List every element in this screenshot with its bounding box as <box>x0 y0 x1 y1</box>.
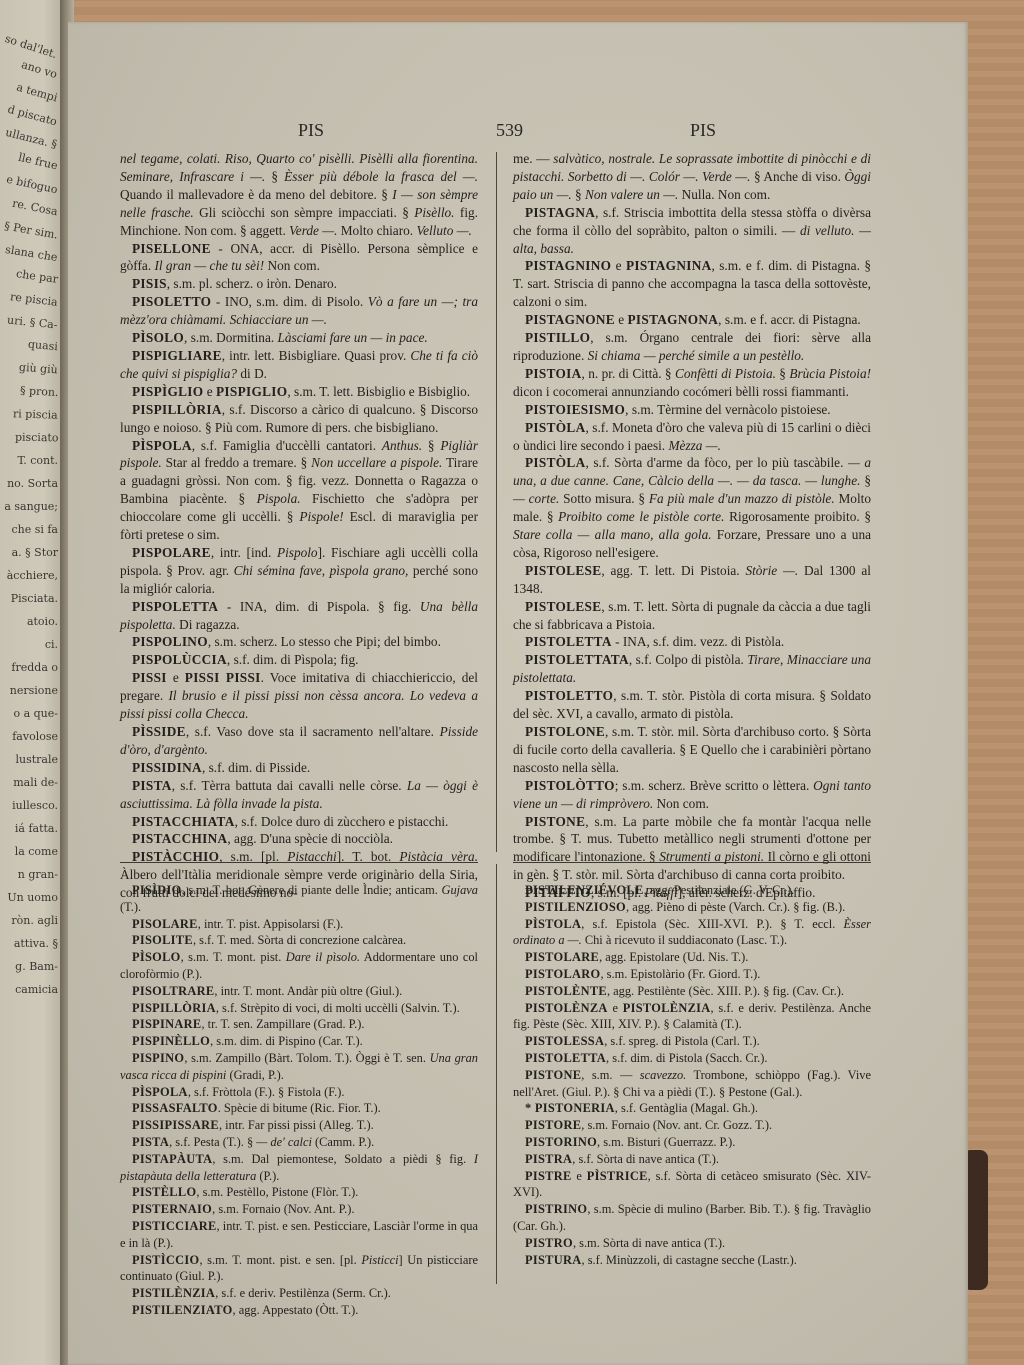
example-text: Strumenti a pistoni. <box>659 849 764 864</box>
headword: PISTOLETTA <box>525 1051 606 1065</box>
headword: PISTOLETTA <box>525 634 612 649</box>
previous-page-text-fragment: camicia <box>15 983 58 996</box>
definition-text: , s.f. Strèpito di voci, di molti uccèll… <box>216 1001 460 1015</box>
headword: PISIS <box>132 276 167 291</box>
dictionary-entry: PISTRE e PÌSTRICE, s.f. Sòrta di cetàceo… <box>513 1168 871 1202</box>
headword: PISSIDINA <box>132 760 202 775</box>
dictionary-entry: PISPOLINO, s.m. scherz. Lo stesso che Pi… <box>120 633 478 651</box>
headword: PISPOLARE <box>132 545 211 560</box>
previous-page-text-fragment: attiva. § <box>14 937 58 950</box>
headword: PISTOIESISMO <box>525 402 625 417</box>
appendix-column-left: PISÌDIO, s.m. T. bot. Gènere di piante d… <box>120 882 478 1319</box>
headword: PISTURA <box>525 1253 582 1267</box>
dictionary-entry: PISTRO, s.m. Sòrta di nave antica (T.). <box>513 1235 871 1252</box>
previous-page-text-fragment: g. Bam- <box>15 960 58 973</box>
definition-text: , s.f. Famiglia d'uccèlli cantatori. <box>192 438 382 453</box>
definition-text: , s.m. Epistolàrio (Fr. Giord. T.). <box>600 967 760 981</box>
dictionary-entry: PISTILLO, s.m. Órgano centrale dei fiori… <box>513 329 871 365</box>
dictionary-entry: me. — salvàtico, nostrale. Le soprassate… <box>513 150 871 204</box>
dictionary-entry: PISTOLETTO, s.m. T. stòr. Pistòla di cor… <box>513 687 871 723</box>
definition-text: , intr. T. mont. Andàr più oltre (Giul.)… <box>214 984 402 998</box>
dictionary-entry: PISTONE, s.m. La parte mòbile che fa mon… <box>513 813 871 885</box>
dictionary-entry: PISTAPÀUTA, s.m. Dal piemontese, Soldato… <box>120 1151 478 1185</box>
headword: PISTILENZIATO <box>132 1303 233 1317</box>
previous-page-text-fragment: so dal'let. <box>3 32 58 61</box>
appendix-column-right: PISTILENZIÉVOLE, agg. Pestilenziale (G. … <box>513 882 871 1268</box>
headword: PISSI <box>132 670 167 685</box>
dictionary-entry: PISTOLÒTTO; s.m. scherz. Brève scritto o… <box>513 777 871 813</box>
dictionary-entry: nel tegame, colati. Riso, Quarto co' pis… <box>120 150 478 240</box>
headword: PISSIPISSARE <box>132 1118 219 1132</box>
previous-page-text-fragment: ano vo <box>20 58 59 81</box>
definition-text: , s.m. Sòrta di nave antica (T.). <box>573 1236 725 1250</box>
dictionary-entry: PISTOLESSA, s.f. spreg. di Pistola (Carl… <box>513 1033 871 1050</box>
headword: PISTOLESE <box>525 599 601 614</box>
previous-page-text-fragment: ci. <box>45 638 58 651</box>
dictionary-entry: PISTICCIARE, intr. T. pist. e sen. Pesti… <box>120 1218 478 1252</box>
definition-text: , s.f. Colpo di pistòla. <box>629 652 747 667</box>
definition-text: § <box>572 187 585 202</box>
example-text: Pispole! <box>299 509 343 524</box>
definition-text: § <box>776 366 789 381</box>
definition-text: , s.m. e f. accr. di Pistagna. <box>718 312 861 327</box>
definition-text: , s.f. dim. di Pìspola; fig. <box>227 652 359 667</box>
example-text: scavezzo. <box>640 1068 686 1082</box>
previous-page-text-fragment: a sangue; <box>4 500 58 513</box>
definition-text: , intr. Far pissi pissi (Alleg. T.). <box>219 1118 374 1132</box>
headword: PISTICCIARE <box>132 1219 217 1233</box>
page-number: 539 <box>496 120 523 141</box>
dictionary-entry: PISOLARE, intr. T. pist. Appisolarsi (F.… <box>120 916 478 933</box>
dictionary-entry: PISTILÈNZIA, s.f. e deriv. Pestilènza (S… <box>120 1285 478 1302</box>
dictionary-entry: PÌSSIDE, s.f. Vaso dove sta il sacrament… <box>120 723 478 759</box>
headword: PISTRO <box>525 1236 573 1250</box>
headword: PISTERNAIO <box>132 1202 212 1216</box>
dictionary-entry: PISTILENZIÉVOLE, agg. Pestilenziale (G. … <box>513 882 871 899</box>
definition-text: Chi à ricevuto il suddiaconato (Lasc. T.… <box>582 933 787 947</box>
example-text: — de' calci <box>256 1135 312 1149</box>
dictionary-entry: PISTA, s.f. Tèrra battuta dai cavalli ne… <box>120 777 478 813</box>
example-text: Pispola. <box>257 491 301 506</box>
definition-text: , s.m. Dormitina. <box>184 330 277 345</box>
definition-text: . Spècie di bitume (Ric. Fior. T.). <box>218 1101 381 1115</box>
definition-text: , s.m. Bisturi (Guerrazz. P.). <box>597 1135 735 1149</box>
previous-page-text-fragment: pisciato <box>14 431 58 445</box>
dictionary-entry: PISTOLESE, s.m. T. lett. Sòrta di pugnal… <box>513 598 871 634</box>
headword: PISTOLÈNZA <box>525 1001 608 1015</box>
definition-text: , s.f. Gentàglia (Magal. Gh.). <box>615 1101 758 1115</box>
previous-page-text-fragment: a tempi <box>15 80 59 104</box>
dictionary-entry: PISTOLETTA - INA, s.f. dim. vezz. di Pis… <box>513 633 871 651</box>
definition-text: - INA, dim. di Pispola. § fig. <box>218 599 420 614</box>
definition-text: , s.m. Zampillo (Bàrt. Tolom. T.). Òggi … <box>184 1051 429 1065</box>
headword: PISTA <box>132 778 172 793</box>
headword: PISTAGNINO <box>525 258 611 273</box>
headword: PISPINÈLLO <box>132 1034 210 1048</box>
dictionary-entry: PÌSOLO, s.m. Dormitina. Làsciami fare un… <box>120 329 478 347</box>
definition-text: Molto chiaro. <box>337 223 416 238</box>
example-text: Pisticci <box>361 1253 398 1267</box>
headword: PISTÈLLO <box>132 1185 196 1199</box>
definition-text: dicon i cocomerai annunziando cocómeri b… <box>513 384 849 399</box>
headword: PISTOLESSA <box>525 1034 604 1048</box>
headword: PISTOLARO <box>525 967 600 981</box>
definition-text: , s.f. Sòrta di nave antica (T.). <box>572 1152 719 1166</box>
example-text: Confètti di Pistoia. <box>675 366 776 381</box>
previous-page-text-fragment: lle frue <box>17 151 59 173</box>
example-text: Stare colla — alla mano, alla gola. <box>513 527 712 542</box>
headword: PISTÒLA <box>525 455 585 470</box>
definition-text: , s.f. e deriv. Pestilènza (Serm. Cr.). <box>215 1286 391 1300</box>
dictionary-entry: PISSASFALTO. Spècie di bitume (Ric. Fior… <box>120 1100 478 1117</box>
definition-text: , agg. Appestato (Òtt. T.). <box>233 1303 359 1317</box>
previous-page-text-fragment: àcchiere, <box>7 569 58 582</box>
dictionary-entry: PISÌDIO, s.m. T. bot. Gènere di piante d… <box>120 882 478 916</box>
headword: PISTOLARE <box>525 950 599 964</box>
definition-text: , s.f. Tèrra battuta dai cavalli nelle c… <box>172 778 407 793</box>
dictionary-entry: PÌSOLO, s.m. T. mont. pist. Dare il pìso… <box>120 949 478 983</box>
definition-text: di D. <box>237 366 267 381</box>
definition-text: Non com. <box>264 258 320 273</box>
headword: PISTORE <box>525 1118 581 1132</box>
previous-page-text-fragment: e bifoguo <box>5 173 59 197</box>
definition-text: Star al freddo a tremare. § <box>162 455 311 470</box>
dictionary-entry: PISTÒLA, s.f. Moneta d'òro che valeva pi… <box>513 419 871 455</box>
headword: PISPÌGLIO <box>132 384 203 399</box>
definition-text: , agg. D'una spècie di nocciòla. <box>227 831 393 846</box>
dictionary-entry: PISTERNAIO, s.m. Fornaio (Nov. Ant. P.). <box>120 1201 478 1218</box>
previous-page-text-fragment: mali de- <box>13 776 58 789</box>
headword: PISTAGNONE <box>525 312 615 327</box>
headword: PISELLONE <box>132 241 211 256</box>
definition-text: , s.m. Dal piemontese, Soldato a pièdi §… <box>212 1152 474 1166</box>
dictionary-entry: PISTAGNA, s.f. Striscia imbottita della … <box>513 204 871 258</box>
dictionary-entry: PISTAGNINO e PISTAGNINA, s.m. e f. dim. … <box>513 257 871 311</box>
previous-page-text-fragment: Pisciata. <box>11 592 58 605</box>
previous-page-text-fragment: iá fatta. <box>15 822 58 835</box>
dictionary-entry: PISPILLÒRIA, s.f. Discorso a càrico di q… <box>120 401 478 437</box>
headword: PISPILLÒRIA <box>132 402 222 417</box>
definition-text: , s.f. Sòrta d'arme da fòco, per lo più … <box>585 455 847 470</box>
example-text: Non uccellare a pispole. <box>311 455 442 470</box>
headword: PISOLITE <box>132 933 193 947</box>
dictionary-entry: PISPOLARE, intr. [ind. Pispolo]. Fischia… <box>120 544 478 598</box>
dictionary-entry: PISPINO, s.m. Zampillo (Bàrt. Tolom. T.)… <box>120 1050 478 1084</box>
headword: PISTA <box>132 1135 169 1149</box>
example-text: Pispolo <box>277 545 318 560</box>
definition-text: e <box>572 1169 587 1183</box>
headword: PISOLETTO <box>132 294 211 309</box>
book-cover-edge <box>966 1150 988 1290</box>
previous-page-text-fragment: § Per sim. <box>3 219 59 241</box>
dictionary-entry: PISTOLESE, agg. T. lett. Di Pistoia. Stò… <box>513 562 871 598</box>
dictionary-entry: PISTÒLA, s.f. Sòrta d'arme da fòco, per … <box>513 454 871 561</box>
headword: PISPOLINO <box>132 634 208 649</box>
definition-text: , s.m. scherz. Lo stesso che Pipi; del b… <box>208 634 441 649</box>
definition-text: , s.f. spreg. di Pistola (Carl. T.). <box>604 1034 759 1048</box>
headword: PISPINO <box>132 1051 184 1065</box>
example-text: Anthus. <box>382 438 422 453</box>
headword: PISTILÈNZIA <box>132 1286 215 1300</box>
example-text: nel tegame, colati. <box>120 151 225 166</box>
example-text: — corte. <box>513 491 559 506</box>
definition-text: Non com. <box>653 796 709 811</box>
headword: PÌSTRICE <box>587 1169 648 1183</box>
definition-text: - INO, s.m. dim. di Pisolo. <box>211 294 367 309</box>
previous-page-text-fragment: T. cont. <box>18 454 59 467</box>
previous-page-text-fragment: iullesco. <box>12 799 58 812</box>
definition-text: , s.m. T. bot. Gènere di piante delle Ìn… <box>182 883 442 897</box>
dictionary-entry: PISTILENZIATO, agg. Appestato (Òtt. T.). <box>120 1302 478 1319</box>
dictionary-entry: * PISTONERIA, s.f. Gentàglia (Magal. Gh.… <box>513 1100 871 1117</box>
previous-page-text-fragment: ullanza. § <box>5 126 59 151</box>
previous-page-text-fragment: quasi <box>28 338 59 354</box>
definition-text: , agg. Epistolare (Ud. Nis. T.). <box>599 950 748 964</box>
previous-page-text-fragment: che si fa <box>11 523 58 536</box>
definition-text: , s.f. Pesta (T.). § <box>169 1135 256 1149</box>
previous-page-text-fragment: ròn. agli <box>11 914 58 927</box>
headword: PISOLARE <box>132 917 198 931</box>
definition-text: me. — <box>513 151 553 166</box>
definition-text: , agg. Pestilènte (Sèc. XIII. P.). § fig… <box>607 984 844 998</box>
dictionary-entry: PISSIDINA, s.f. dim. di Pisside. <box>120 759 478 777</box>
dictionary-entry: PISTÈLLO, s.m. Pestèllo, Pistone (Flòr. … <box>120 1184 478 1201</box>
dictionary-entry: PISTOLETTATA, s.f. Colpo di pistòla. Tir… <box>513 651 871 687</box>
previous-page-text-fragment: o a que- <box>13 707 58 720</box>
headword: PISTOLÈNZIA <box>623 1001 711 1015</box>
dictionary-entry: PISTACCHINA, agg. D'una spècie di nocciò… <box>120 830 478 848</box>
dictionary-entry: PISTOLÈNTE, agg. Pestilènte (Sèc. XIII. … <box>513 983 871 1000</box>
definition-text: , s.f. Vaso dove sta il sacramento nell'… <box>186 724 440 739</box>
dictionary-entry: PISTOLETTA, s.f. dim. di Pistola (Sacch.… <box>513 1050 871 1067</box>
dictionary-entry: PÌSPOLA, s.f. Famiglia d'uccèlli cantato… <box>120 437 478 544</box>
definition-text: e <box>167 670 185 685</box>
headword: PISTOLÒTTO <box>525 778 615 793</box>
definition-text: (Camm. P.). <box>312 1135 374 1149</box>
dictionary-entry: PISPINÈLLO, s.m. dim. di Pispino (Car. T… <box>120 1033 478 1050</box>
headword: PISTAGNONA <box>628 312 719 327</box>
headword: PISPOLETTA <box>132 599 218 614</box>
example-text: Dare il pìsolo. <box>286 950 360 964</box>
previous-page-text-fragment: favolose <box>12 730 58 743</box>
dictionary-entry: PISTAGNONE e PISTAGNONA, s.m. e f. accr.… <box>513 311 871 329</box>
example-text: Fa più male d'un mazzo di pistòle. <box>649 491 835 506</box>
definition-text: , intr. lett. Bisbigliare. Quasi prov. <box>222 348 411 363</box>
dictionary-entry: PISIS, s.m. pl. scherz. o iròn. Denaro. <box>120 275 478 293</box>
page-header: PIS 539 PIS <box>68 120 968 144</box>
definition-text: (P.). <box>256 1169 279 1183</box>
headword: PISPINARE <box>132 1017 201 1031</box>
headword: PISTILLO <box>525 330 590 345</box>
example-text: Làsciami fare un — in pace. <box>278 330 428 345</box>
main-column-left: nel tegame, colati. Riso, Quarto co' pis… <box>120 150 478 902</box>
definition-text: , agg. Pièno di pèste (Varch. Cr.). § fi… <box>626 900 845 914</box>
definition-text: ; s.m. scherz. Brève scritto o lèttera. <box>615 778 813 793</box>
dictionary-entry: PISTOLÈNZA e PISTOLÈNZIA, s.f. e deriv. … <box>513 1000 871 1034</box>
previous-page-text-fragment: che par <box>15 267 59 286</box>
headword: PÌSPOLA <box>132 1085 188 1099</box>
left-guide-word: PIS <box>298 120 324 141</box>
definition-text: , s.m. Tèrmine del vernàcolo pistoiese. <box>625 402 830 417</box>
definition-text: , tr. T. sen. Zampillare (Grad. P.). <box>201 1017 364 1031</box>
headword: PISTACCHIATA <box>132 814 235 829</box>
definition-text: Gli sciòcchi son sèmpre impacciati. § <box>194 205 415 220</box>
headword: PISTAPÀUTA <box>132 1152 212 1166</box>
previous-page-text-fragment: a. § Stor <box>12 546 58 559</box>
previous-page-text-fragment: slana che <box>5 243 59 264</box>
previous-page-text-fragment: § pron. <box>19 384 58 399</box>
definition-text: e <box>615 312 628 327</box>
headword: PISTÌCCIO <box>132 1253 199 1267</box>
example-text: Pistacchi <box>287 849 336 864</box>
headword: PISTOLONE <box>525 724 605 739</box>
headword: PÌSSIDE <box>132 724 186 739</box>
definition-text: Rigorosamente proibito. § <box>724 509 871 524</box>
headword: PISTRA <box>525 1152 572 1166</box>
headword: PISTAGNA <box>525 205 595 220</box>
headword: PISPIGLIARE <box>132 348 222 363</box>
headword: PISPOLÙCCIA <box>132 652 227 667</box>
definition-text: , s.m. pl. scherz. o iròn. Denaro. <box>167 276 337 291</box>
definition-text: , s.m. T. mont. pist. <box>181 950 286 964</box>
definition-text: , s.m. dim. di Pispino (Car. T.). <box>210 1034 363 1048</box>
definition-text: , intr. T. pist. Appisolarsi (F.). <box>198 917 344 931</box>
headword: PÌSPOLA <box>132 438 192 453</box>
dictionary-entry: PISPIGLIARE, intr. lett. Bisbigliare. Qu… <box>120 347 478 383</box>
previous-page-text-fragment: lustrale <box>15 753 58 766</box>
definition-text: § <box>271 169 284 184</box>
headword: PISTRINO <box>525 1202 587 1216</box>
example-text: Èsser più débole la frasca del —. <box>284 169 478 184</box>
headword: PÌSTOLA <box>525 917 581 931</box>
definition-text: Sotto misura. § <box>559 491 649 506</box>
headword: PISSASFALTO <box>132 1101 218 1115</box>
dictionary-entry: PISTÌCCIO, s.m. T. mont. pist. e sen. [p… <box>120 1252 478 1286</box>
previous-page-text-fragment: atoio. <box>27 615 58 628</box>
previous-page-text-fragment: d piscato <box>7 103 59 129</box>
dictionary-entry: PISTA, s.f. Pesta (T.). § — de' calci (C… <box>120 1134 478 1151</box>
headword: PISÌDIO <box>132 883 182 897</box>
example-text: Pistàcia vèra. <box>399 849 478 864</box>
definition-text: , s.m. Pestèllo, Pistone (Flòr. T.). <box>196 1185 358 1199</box>
definition-text: , agg. Pestilenziale (G. V. Cr.). <box>644 883 795 897</box>
definition-text: § <box>860 473 871 488</box>
headword: PÌSOLO <box>132 950 181 964</box>
definition-text: , s.f. dim. di Pistola (Sacch. Cr.). <box>606 1051 767 1065</box>
dictionary-entry: PISTOLARE, agg. Epistolare (Ud. Nis. T.)… <box>513 949 871 966</box>
definition-text: § Anche di viso. <box>750 169 844 184</box>
headword: PISOLTRARE <box>132 984 214 998</box>
dictionary-entry: PISPILLÒRIA, s.f. Strèpito di voci, di m… <box>120 1000 478 1017</box>
headword: PISTILENZIÉVOLE <box>525 883 644 897</box>
dictionary-entry: PISTILENZIOSO, agg. Pièno di pèste (Varc… <box>513 899 871 916</box>
definition-text: (T.). <box>120 900 141 914</box>
dictionary-entry: PISOLITE, s.f. T. med. Sòrta di concrezi… <box>120 932 478 949</box>
previous-page-text-fragment: uri. § Ca- <box>7 313 59 331</box>
example-text: Verde —. <box>289 223 337 238</box>
dictionary-entry: PISTOIESISMO, s.m. Tèrmine del vernàcolo… <box>513 401 871 419</box>
example-text: Gujava <box>442 883 478 897</box>
headword: PISTONE <box>525 814 585 829</box>
definition-text: , s.f. Minùzzoli, di castagne secche (La… <box>582 1253 797 1267</box>
example-text: Proibito come le pistòle corte. <box>558 509 724 524</box>
definition-text: Di ragazza. <box>176 617 240 632</box>
column-divider-bottom <box>496 864 497 1284</box>
dictionary-entry: PISOLETTO - INO, s.m. dim. di Pisolo. Vò… <box>120 293 478 329</box>
headword: PISSI PISSI <box>185 670 261 685</box>
definition-text: , intr. [ind. <box>211 545 277 560</box>
headword: PISTOLÈNTE <box>525 984 607 998</box>
example-text: Il brusio e il pissi pissi non cèssa anc… <box>120 688 478 721</box>
dictionary-entry: PISPÌGLIO e PISPIGLIO, s.m. T. lett. Bis… <box>120 383 478 401</box>
headword: PISTONE <box>525 1068 581 1082</box>
definition-text: ]. T. bot. <box>337 849 400 864</box>
example-text: Velluto —. <box>416 223 471 238</box>
dictionary-entry: PISOLTRARE, intr. T. mont. Andàr più olt… <box>120 983 478 1000</box>
definition-text: - INA, s.f. dim. vezz. di Pistòla. <box>612 634 784 649</box>
definition-text: Quando il mallevadore è da meno del debi… <box>120 187 392 202</box>
example-text: Mèzza —. <box>668 438 720 453</box>
dictionary-entry: PISSI e PISSI PISSI. Voce imitativa di c… <box>120 669 478 723</box>
example-text: Il gran — che tu sèi! <box>154 258 264 273</box>
previous-page-text-fragment: no. Sorta <box>7 477 58 490</box>
dictionary-entry: PISTOIA, n. pr. di Città. § Confètti di … <box>513 365 871 401</box>
example-text: Brùcia Pistoia! <box>789 366 871 381</box>
example-text: Pisèllo. <box>414 205 454 220</box>
headword: PISTACCHINA <box>132 831 227 846</box>
dictionary-entry: PISPOLÙCCIA, s.f. dim. di Pìspola; fig. <box>120 651 478 669</box>
definition-text: Nulla. Non com. <box>678 187 770 202</box>
definition-text: , s.f. Dolce duro di zùcchero e pistacch… <box>235 814 449 829</box>
headword: PISPILLÒRIA <box>132 1001 216 1015</box>
definition-text: , s.m. Fornaio (Nov. Ant. P.). <box>212 1202 354 1216</box>
previous-page-text-fragment: la come <box>15 845 58 858</box>
headword: PISPIGLIO <box>216 384 287 399</box>
main-column-right: me. — salvàtico, nostrale. Le soprassate… <box>513 150 871 902</box>
dictionary-entry: PÌSTOLA, s.f. Epistola (Sèc. XIII-XVI. P… <box>513 916 871 950</box>
dictionary-entry: PISTURA, s.f. Minùzzoli, di castagne sec… <box>513 1252 871 1269</box>
previous-page-text-fragment: re. Cosa <box>11 197 59 219</box>
definition-text: , s.f. Epistola (Sèc. XIII-XVI. P.). § T… <box>581 917 843 931</box>
headword: * PISTONERIA <box>525 1101 615 1115</box>
headword: PISTORINO <box>525 1135 597 1149</box>
dictionary-entry: PISPOLETTA - INA, dim. di Pispola. § fig… <box>120 598 478 634</box>
headword: PISTÒLA <box>525 420 585 435</box>
previous-page-text-fragment: Un uomo <box>7 891 58 904</box>
headword: PISTOLETTO <box>525 688 613 703</box>
previous-page-text-fragment: fredda o <box>11 661 58 674</box>
previous-page-text-fragment: nersione <box>10 684 58 697</box>
dictionary-entry: PISTORE, s.m. Fornaio (Nov. ant. Cr. Goz… <box>513 1117 871 1134</box>
headword: PISTÀCCHIO <box>132 849 219 864</box>
headword: PISTOLESE <box>525 563 601 578</box>
dictionary-entry: PISTRA, s.f. Sòrta di nave antica (T.). <box>513 1151 871 1168</box>
definition-text: e <box>611 258 626 273</box>
right-guide-word: PIS <box>690 120 716 141</box>
headword: PISTILENZIOSO <box>525 900 626 914</box>
definition-text: , s.f. Fròttola (F.). § Fistola (F.). <box>188 1085 345 1099</box>
definition-text: , agg. T. lett. Di Pistoia. <box>601 563 745 578</box>
previous-page-text-fragment: giù giù <box>19 361 59 377</box>
definition-text: , s.f. dim. di Pisside. <box>202 760 310 775</box>
definition-text: (Gradi, P.). <box>226 1068 283 1082</box>
headword: PISTOIA <box>525 366 582 381</box>
headword: PISTRE <box>525 1169 572 1183</box>
headword: PISTAGNINA <box>626 258 712 273</box>
dictionary-entry: PISTACCHIATA, s.f. Dolce duro di zùccher… <box>120 813 478 831</box>
dictionary-entry: PISTONE, s.m. — scavezzo. Trombone, schi… <box>513 1067 871 1101</box>
definition-text: § <box>422 438 440 453</box>
